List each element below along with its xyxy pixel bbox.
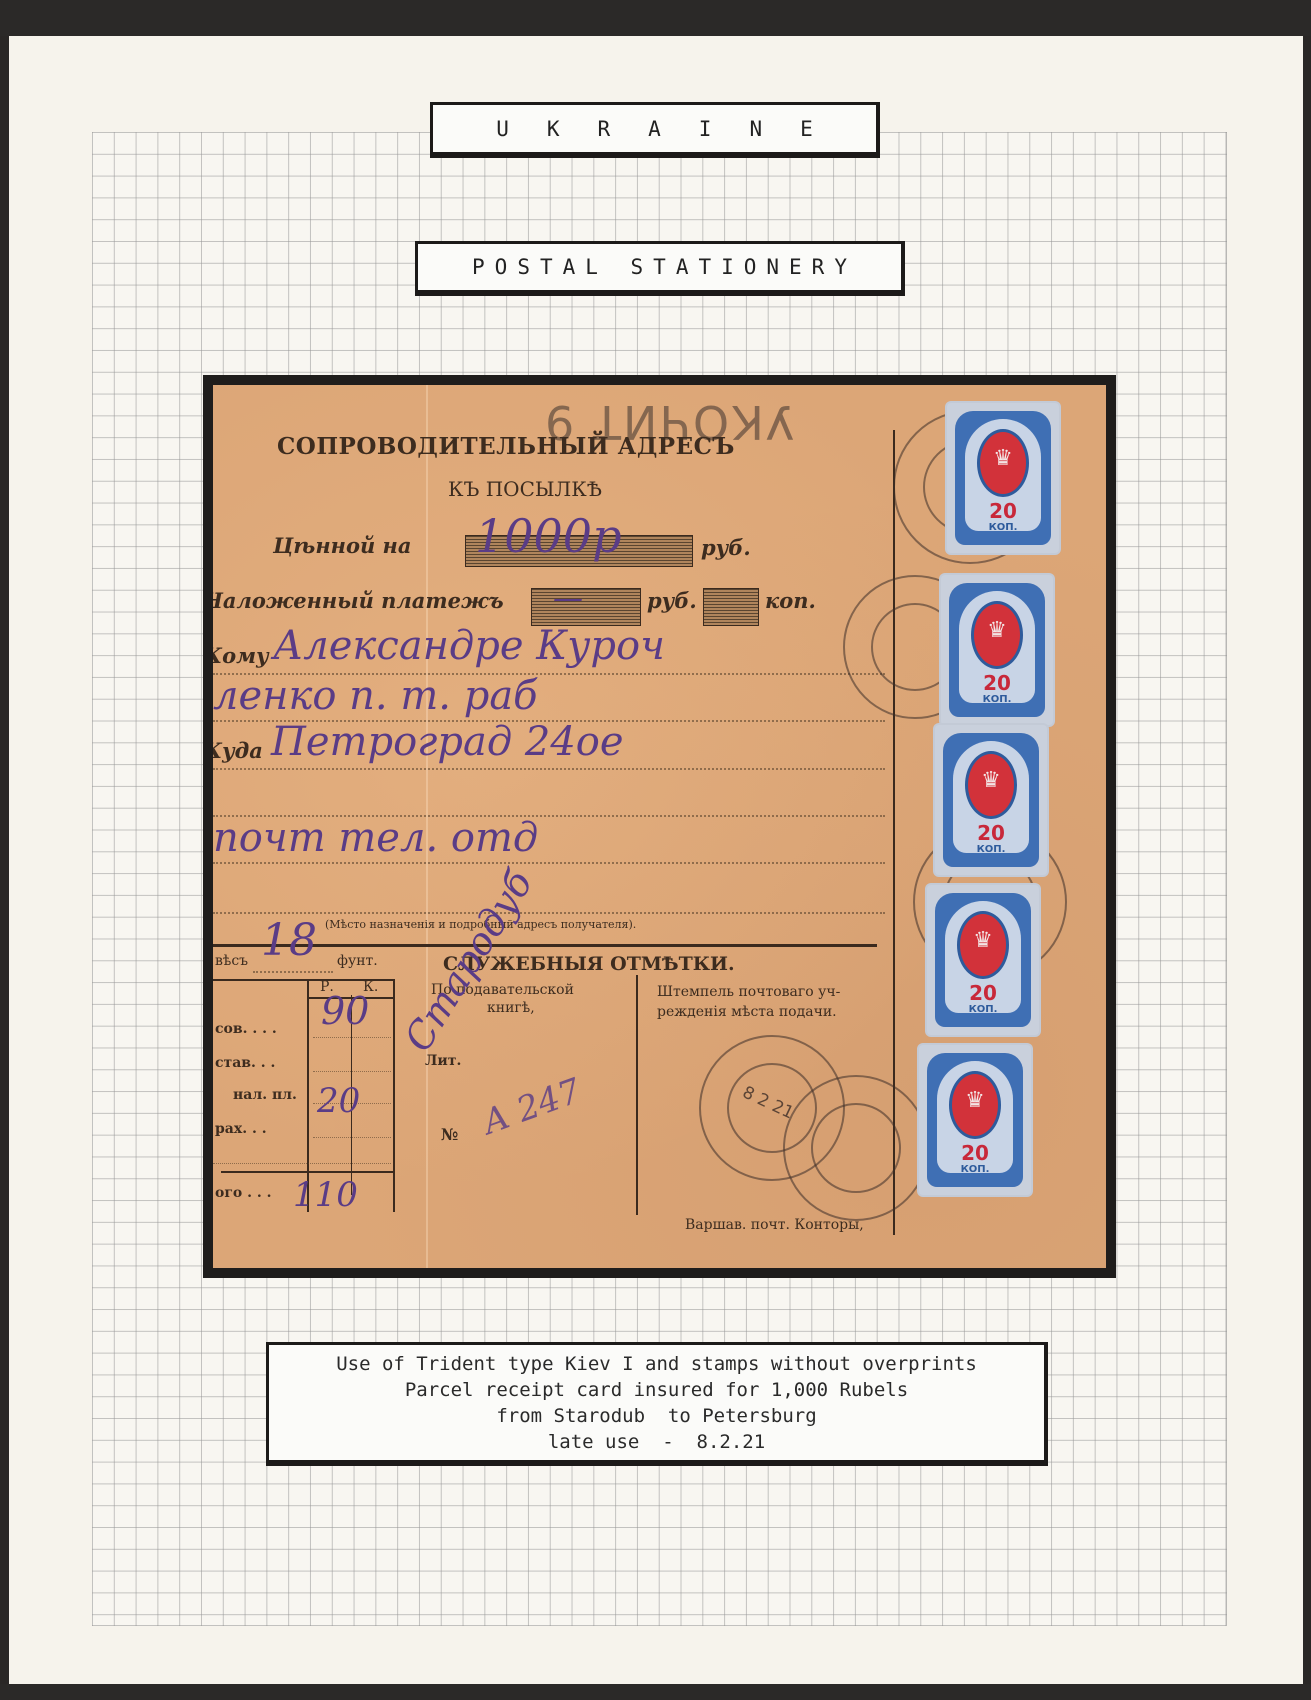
handwritten-weight: 18: [261, 915, 317, 966]
stamp-unit: КОП.: [941, 694, 1053, 705]
handwritten-recipient-2: ленко п. т. раб: [213, 673, 538, 719]
stamp-value: 20: [941, 671, 1053, 695]
scan-border-top: [0, 0, 1311, 36]
country-label-text: UKRAINE: [496, 117, 851, 141]
handwritten-declared-value: 1000р: [475, 509, 622, 563]
stamp-unit: КОП.: [927, 1004, 1039, 1015]
register-label-2: книгѣ,: [487, 1000, 535, 1016]
postage-stamp: ♛ 20 КОП.: [947, 403, 1059, 553]
postmark-inner-ring: [811, 1103, 901, 1193]
stamp-value: 20: [919, 1141, 1031, 1165]
cod-label: Наложенный платежъ: [213, 588, 504, 613]
section-label: POSTAL STATIONERY: [415, 241, 905, 296]
address-line-5: [213, 862, 885, 864]
postmark: [783, 1075, 929, 1221]
postage-stamp: ♛ 20 КОП.: [927, 885, 1039, 1035]
printer-label: Варшав. почт. Конторы,: [685, 1217, 864, 1233]
handwritten-fee-nal: 20: [317, 1081, 360, 1121]
card-subtitle: КЪ ПОСЫЛКѢ: [448, 477, 602, 501]
stamp-unit: КОП.: [919, 1164, 1031, 1175]
cod-rub-box: [531, 588, 641, 626]
fee-row-line: [313, 1037, 391, 1038]
address-line-6: [213, 912, 885, 914]
fee-row-label: рах. . .: [215, 1121, 267, 1137]
fee-row-label: сов. . . .: [215, 1021, 277, 1037]
declared-value-label: Цѣнной на: [273, 533, 411, 558]
stamp-unit: КОП.: [947, 522, 1059, 533]
number-label: №: [441, 1125, 458, 1144]
cod-rub-unit: руб.: [647, 588, 697, 613]
postage-stamp: ♛ 20 КОП.: [919, 1045, 1031, 1195]
cod-kop-box: [703, 588, 759, 626]
parcel-receipt-card: УКОЧИТ 9 СОПРОВОДИТЕЛЬНЫЙ АДРЕСЪ КЪ ПОСЫ…: [213, 385, 1106, 1268]
address-line-3: [213, 768, 885, 770]
postage-stamp: ♛ 20 КОП.: [941, 575, 1053, 725]
weight-label: вѣсъ: [215, 953, 248, 969]
fee-row-line: [313, 1137, 391, 1138]
eagle-emblem-icon: ♛: [980, 446, 1026, 471]
handwritten-register-number: А 247: [477, 1071, 586, 1143]
eagle-emblem-icon: ♛: [960, 928, 1006, 953]
handwritten-destination-1: Петроград 24ое: [271, 719, 624, 765]
stamp-value: 20: [935, 821, 1047, 845]
stamp-value: 20: [927, 981, 1039, 1005]
eagle-emblem-icon: ♛: [974, 618, 1020, 643]
fee-total-label: ого . . .: [215, 1185, 272, 1201]
scan-border-bottom: [0, 1684, 1311, 1700]
handwritten-fee-total: 110: [293, 1175, 358, 1215]
card-title: СОПРОВОДИТЕЛЬНЫЙ АДРЕСЪ: [277, 433, 735, 460]
country-label: UKRAINE: [430, 102, 880, 158]
fee-row-line: [213, 1163, 391, 1164]
weight-unit: фунт.: [337, 953, 378, 969]
to-whom-label: Кому: [213, 643, 269, 668]
eagle-emblem-icon: ♛: [952, 1088, 998, 1113]
caption-line: late use - 8.2.21: [269, 1429, 1044, 1455]
cod-kop-unit: коп.: [765, 588, 816, 613]
handwritten-cod-dash: —: [553, 581, 583, 616]
declared-value-unit: руб.: [701, 535, 751, 560]
service-col-divider: [636, 975, 638, 1215]
where-label: Куда: [213, 738, 263, 763]
stamp-unit: КОП.: [935, 844, 1047, 855]
handwritten-fee-kop: 90: [321, 989, 369, 1033]
handwritten-recipient-1: Александре Куроч: [273, 623, 665, 669]
section-label-text: POSTAL STATIONERY: [472, 255, 857, 279]
fee-row-line: [313, 1071, 391, 1072]
stamp-label-1: Штемпель почтоваго уч-: [657, 984, 840, 1000]
fee-row-label: став. . .: [215, 1055, 275, 1071]
stamp-label-2: режденія мѣста подачи.: [657, 1004, 837, 1020]
handwritten-destination-2: почт тел. отд: [213, 815, 538, 861]
caption-line: from Starodub to Petersburg: [269, 1403, 1044, 1429]
caption-line: Parcel receipt card insured for 1,000 Ru…: [269, 1377, 1044, 1403]
fee-row-label: нал. пл.: [233, 1087, 297, 1103]
weight-line: [253, 971, 333, 973]
fee-col-line-3: [393, 979, 395, 1212]
postage-stamp: ♛ 20 КОП.: [935, 725, 1047, 875]
description-caption: Use of Trident type Kiev I and stamps wi…: [266, 1342, 1048, 1466]
fee-total-rule: [221, 1171, 395, 1173]
caption-line: Use of Trident type Kiev I and stamps wi…: [269, 1351, 1044, 1377]
eagle-emblem-icon: ♛: [968, 768, 1014, 793]
stamp-value: 20: [947, 499, 1059, 523]
